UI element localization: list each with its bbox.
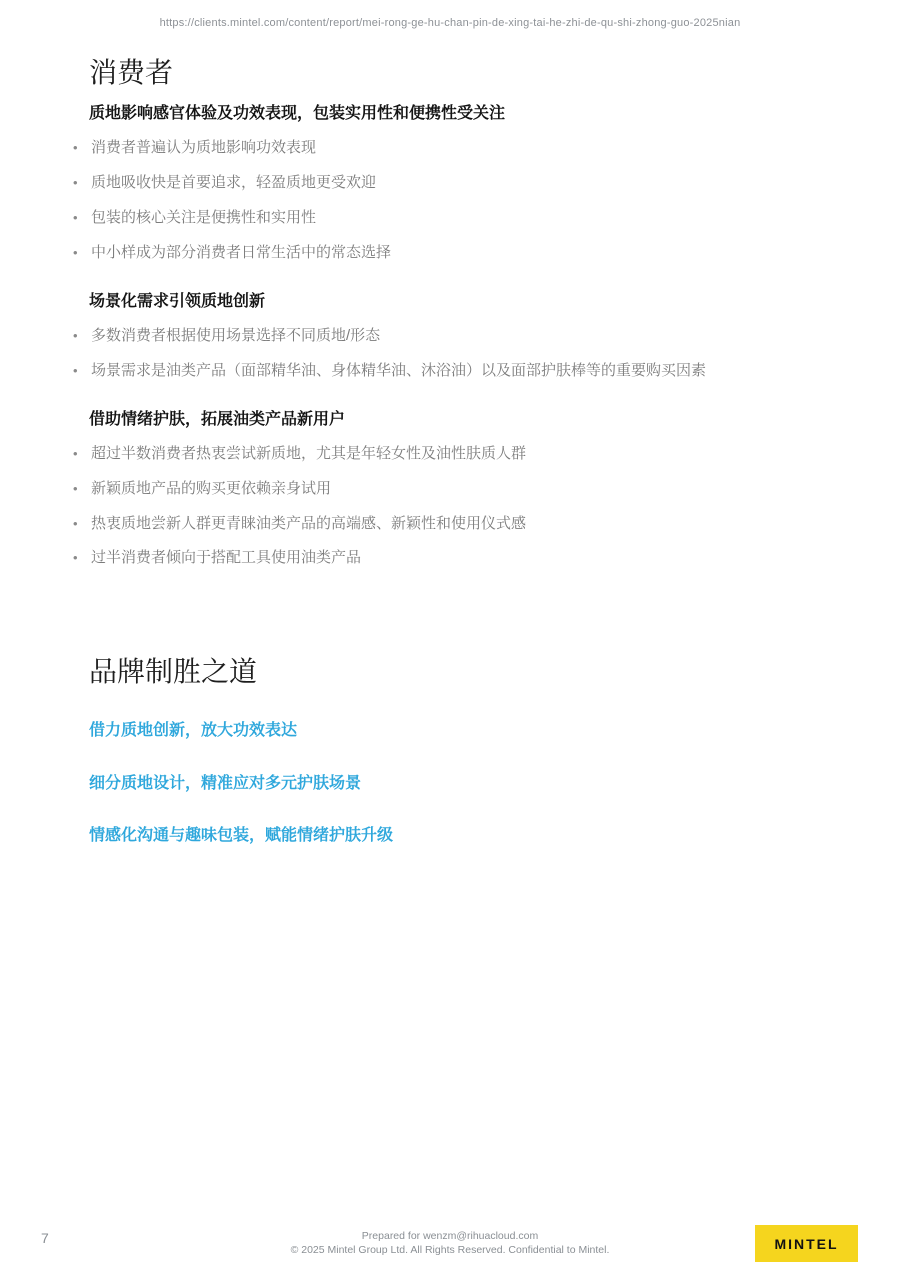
consumer-group-3: 借助情绪护肤，拓展油类产品新用户 •超过半数消费者热衷尝试新质地，尤其是年轻女性… (89, 410, 830, 569)
bullet-item: •中小样成为部分消费者日常生活中的常态选择 (89, 244, 830, 263)
bullet-item: •多数消费者根据使用场景选择不同质地/形态 (89, 327, 830, 346)
bullet-item: •质地吸收快是首要追求，轻盈质地更受欢迎 (89, 174, 830, 193)
brand-link-texture-design[interactable]: 细分质地设计，精准应对多元护肤场景 (89, 774, 830, 793)
printed-url: https://clients.mintel.com/content/repor… (0, 0, 900, 29)
bullet-dot: • (73, 174, 91, 193)
consumer-section-title: 消费者 (89, 57, 830, 89)
consumer-group-2: 场景化需求引领质地创新 •多数消费者根据使用场景选择不同质地/形态 •场景需求是… (89, 292, 830, 381)
bullet-item: •场景需求是油类产品（面部精华油、身体精华油、沐浴油）以及面部护肤棒等的重要购买… (89, 362, 830, 381)
bullet-text: 场景需求是油类产品（面部精华油、身体精华油、沐浴油）以及面部护肤棒等的重要购买因… (91, 362, 706, 381)
bullet-text: 包装的核心关注是便携性和实用性 (91, 209, 316, 228)
brand-link-texture-innovation[interactable]: 借力质地创新，放大功效表达 (89, 721, 830, 740)
bullet-dot: • (73, 139, 91, 158)
bullet-dot: • (73, 209, 91, 228)
bullet-text: 中小样成为部分消费者日常生活中的常态选择 (91, 244, 391, 263)
bullet-dot: • (73, 244, 91, 263)
bullet-dot: • (73, 327, 91, 346)
report-content: 消费者 质地影响感官体验及功效表现，包装实用性和便携性受关注 •消费者普遍认为质… (0, 57, 900, 845)
group-heading: 质地影响感官体验及功效表现，包装实用性和便携性受关注 (89, 104, 830, 123)
bullet-item: •热衷质地尝新人群更青睐油类产品的高端感、新颖性和使用仪式感 (89, 515, 830, 534)
brand-section-title: 品牌制胜之道 (89, 656, 830, 688)
bullet-list: •消费者普遍认为质地影响功效表现 •质地吸收快是首要追求，轻盈质地更受欢迎 •包… (89, 139, 830, 262)
bullet-item: •新颖质地产品的购买更依赖亲身试用 (89, 480, 830, 499)
bullet-list: •超过半数消费者热衷尝试新质地，尤其是年轻女性及油性肤质人群 •新颖质地产品的购… (89, 445, 830, 568)
bullet-text: 新颖质地产品的购买更依赖亲身试用 (91, 480, 331, 499)
bullet-text: 消费者普遍认为质地影响功效表现 (91, 139, 316, 158)
group-heading: 场景化需求引领质地创新 (89, 292, 830, 311)
mintel-logo: MINTEL (755, 1225, 858, 1262)
brand-links: 借力质地创新，放大功效表达 细分质地设计，精准应对多元护肤场景 情感化沟通与趣味… (89, 721, 830, 845)
bullet-dot: • (73, 362, 91, 381)
group-heading: 借助情绪护肤，拓展油类产品新用户 (89, 410, 830, 429)
bullet-text: 过半消费者倾向于搭配工具使用油类产品 (91, 549, 361, 568)
brand-link-emotional-packaging[interactable]: 情感化沟通与趣味包装，赋能情绪护肤升级 (89, 826, 830, 845)
bullet-dot: • (73, 445, 91, 464)
bullet-text: 多数消费者根据使用场景选择不同质地/形态 (91, 327, 380, 346)
bullet-item: •超过半数消费者热衷尝试新质地，尤其是年轻女性及油性肤质人群 (89, 445, 830, 464)
report-page: https://clients.mintel.com/content/repor… (0, 0, 900, 1273)
bullet-list: •多数消费者根据使用场景选择不同质地/形态 •场景需求是油类产品（面部精华油、身… (89, 327, 830, 381)
bullet-item: •过半消费者倾向于搭配工具使用油类产品 (89, 549, 830, 568)
bullet-item: •消费者普遍认为质地影响功效表现 (89, 139, 830, 158)
bullet-dot: • (73, 549, 91, 568)
bullet-text: 热衷质地尝新人群更青睐油类产品的高端感、新颖性和使用仪式感 (91, 515, 526, 534)
mintel-logo-text: MINTEL (774, 1236, 838, 1252)
bullet-text: 质地吸收快是首要追求，轻盈质地更受欢迎 (91, 174, 376, 193)
bullet-dot: • (73, 480, 91, 499)
consumer-group-1: 质地影响感官体验及功效表现，包装实用性和便携性受关注 •消费者普遍认为质地影响功… (89, 104, 830, 263)
bullet-item: •包装的核心关注是便携性和实用性 (89, 209, 830, 228)
bullet-dot: • (73, 515, 91, 534)
bullet-text: 超过半数消费者热衷尝试新质地，尤其是年轻女性及油性肤质人群 (91, 445, 526, 464)
